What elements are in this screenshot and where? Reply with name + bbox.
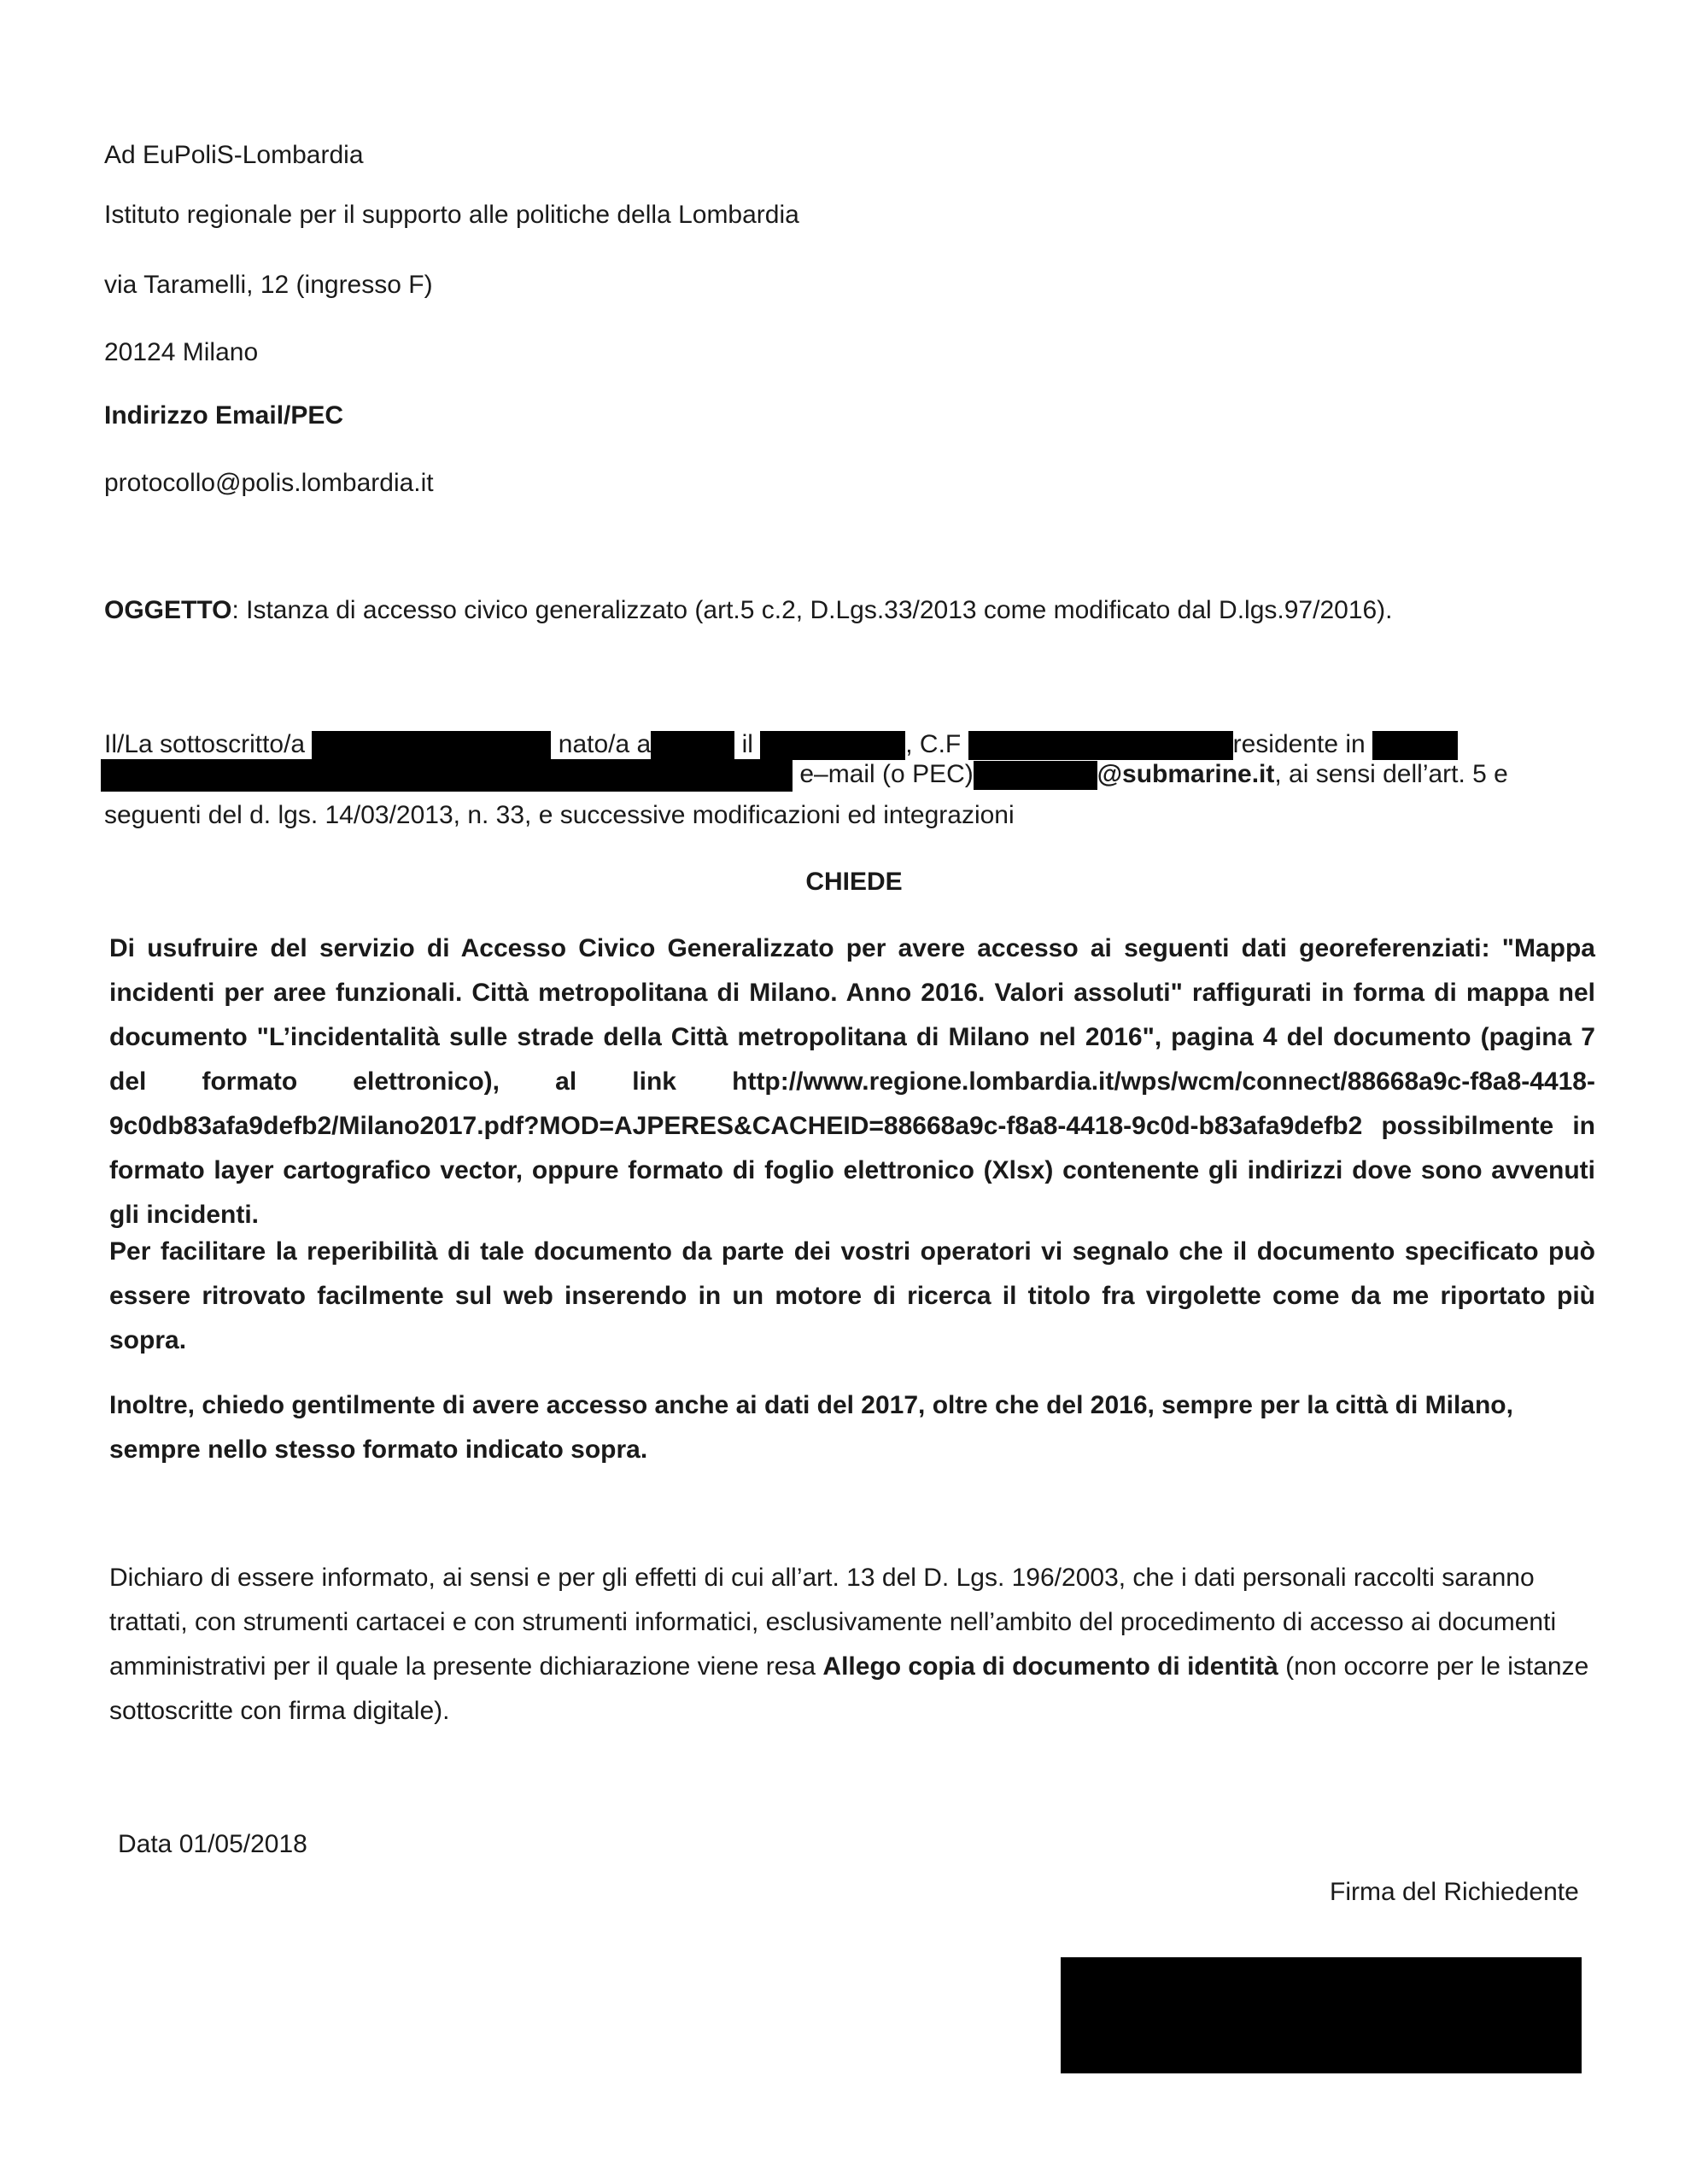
recipient-city: 20124 Milano (104, 336, 258, 370)
request-paragraph-1: Di usufruire del servizio di Accesso Civ… (109, 927, 1595, 1237)
recipient-email-label: Indirizzo Email/PEC (104, 399, 343, 433)
applicant-text: , ai sensi dell’art. 5 e (1274, 760, 1507, 788)
applicant-text: nato/a a (559, 730, 651, 758)
subject-label: OGGETTO (104, 596, 231, 624)
applicant-text: il (742, 730, 753, 758)
declaration: Dichiaro di essere informato, ai sensi e… (109, 1556, 1595, 1734)
applicant-line-1: Il/La sottoscritto/a nato/a a il , C.F r… (104, 728, 1458, 762)
applicant-text: Il/La sottoscritto/a (104, 730, 305, 758)
subject-line: OGGETTO: Istanza di accesso civico gener… (104, 593, 1393, 628)
request-paragraph-3: Inoltre, chiedo gentilmente di avere acc… (109, 1383, 1595, 1472)
redacted-signature (1061, 1957, 1582, 2073)
signature-label: Firma del Richiedente (1330, 1875, 1579, 1909)
redacted-birthdate (760, 731, 905, 760)
redacted-name (312, 731, 551, 760)
applicant-text: , C.F (905, 730, 961, 758)
declaration-attachment: Allego copia di documento di identità (822, 1652, 1278, 1681)
applicant-text: residente in (1233, 730, 1366, 758)
recipient-street: via Taramelli, 12 (ingresso F) (104, 268, 433, 302)
request-paragraph-2: Per facilitare la reperibilità di tale d… (109, 1230, 1595, 1363)
recipient-institute: Istituto regionale per il supporto alle … (104, 198, 799, 232)
document-date: Data 01/05/2018 (118, 1827, 307, 1862)
subject-text: : Istanza di accesso civico generalizzat… (231, 596, 1392, 624)
redacted-tax-code (968, 731, 1233, 760)
request-heading: CHIEDE (0, 865, 1708, 899)
redacted-birthplace (651, 731, 734, 760)
applicant-email-domain: @submarine.it (1097, 760, 1275, 788)
redacted-residence (1372, 731, 1458, 760)
recipient-name: Ad EuPoliS-Lombardia (104, 138, 364, 172)
redacted-email-user (974, 761, 1097, 790)
recipient-email: protocollo@polis.lombardia.it (104, 466, 434, 500)
applicant-line-2: e–mail (o PEC)@submarine.it, ai sensi de… (101, 757, 1508, 792)
applicant-text: e–mail (o PEC) (799, 760, 973, 788)
applicant-line-3: seguenti del d. lgs. 14/03/2013, n. 33, … (104, 798, 1015, 833)
redacted-address (101, 759, 793, 792)
